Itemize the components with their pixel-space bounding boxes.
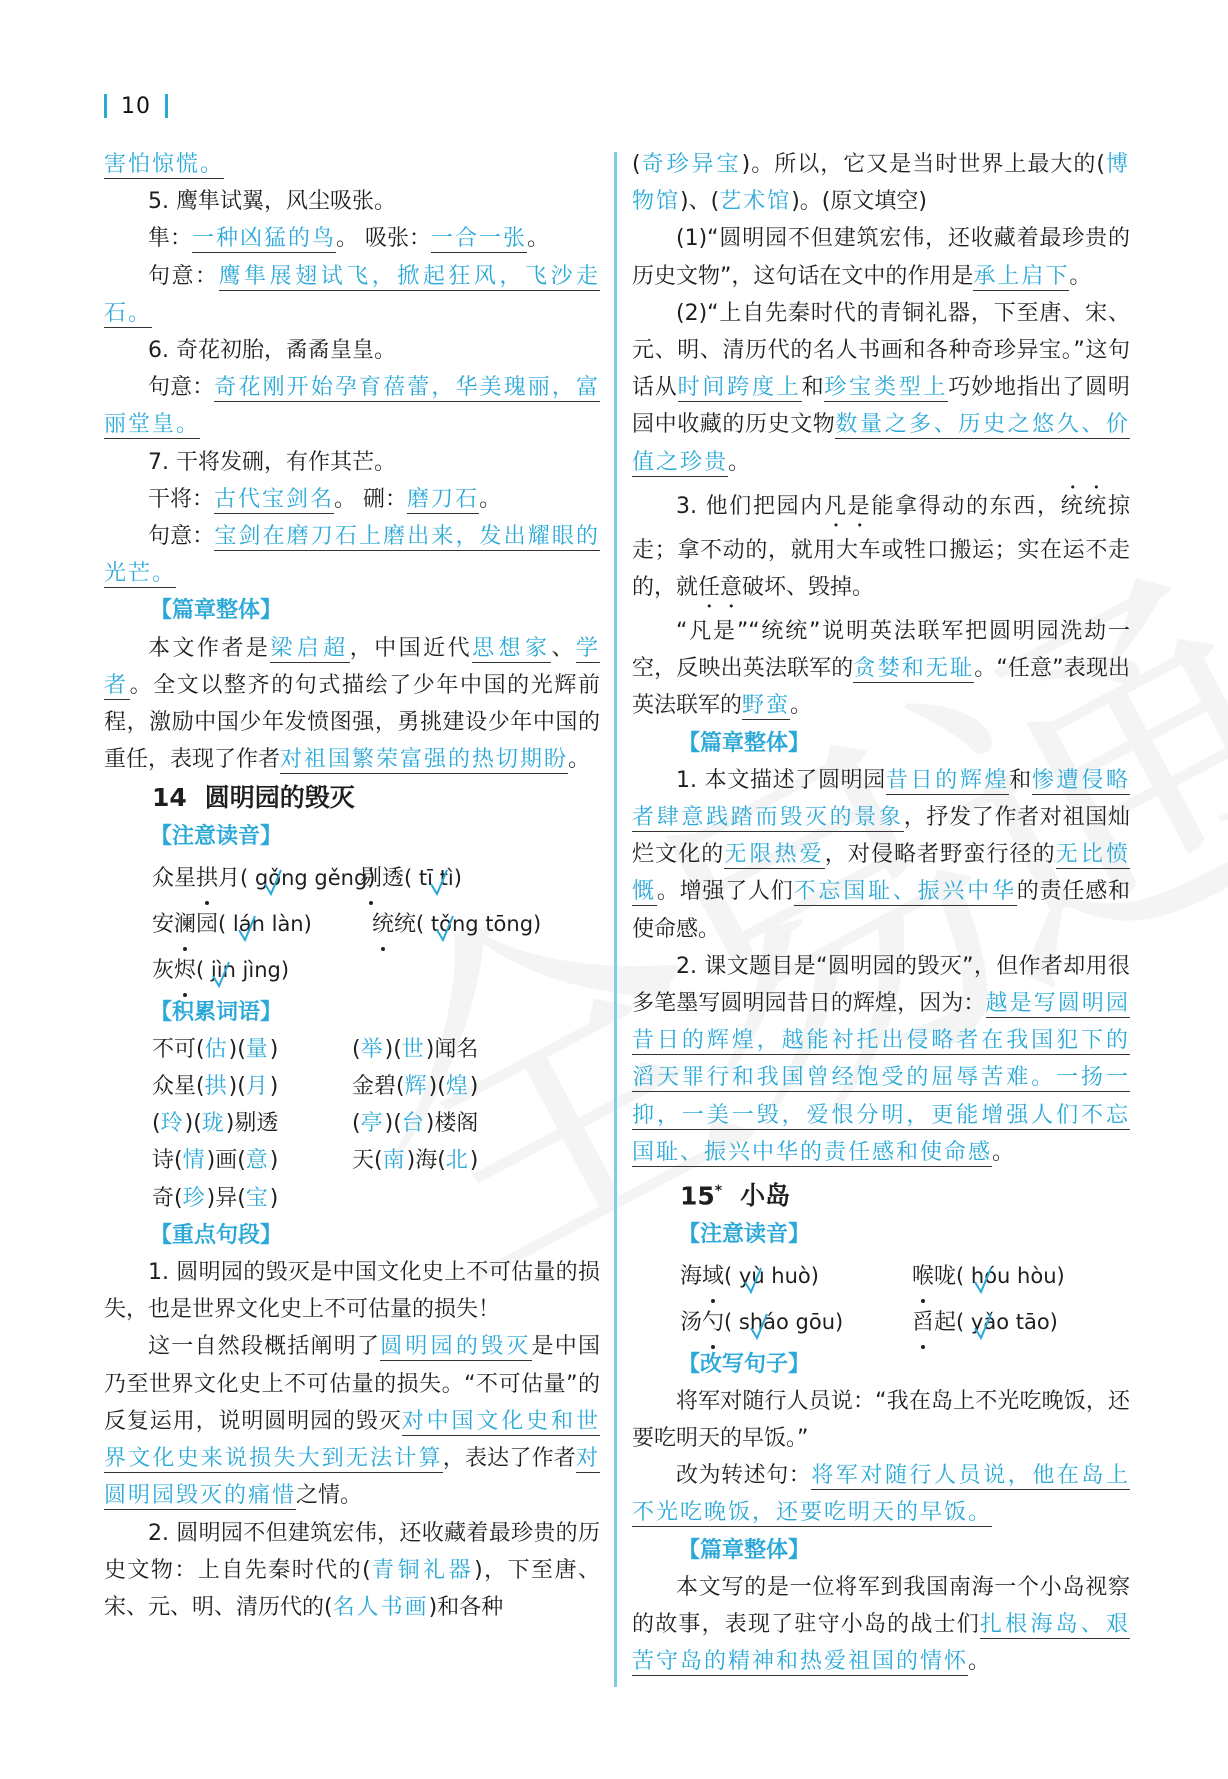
lesson-14-title: 14圆明园的毁灭 [104, 778, 600, 818]
column-divider [614, 152, 617, 1687]
section-heading-key-passages: 【重点句段】 [104, 1217, 600, 1254]
key-passage-2-continued: (奇珍异宝)。所以，它又是当时世界上最大的(博物馆)、(艺术馆)。(原文填空) [632, 146, 1130, 220]
header-bar-right [165, 94, 168, 118]
pronunciation-item: 灰烬( jìn jìng) [152, 952, 289, 989]
section-heading-chapter-overall: 【篇章整体】 [104, 592, 600, 629]
pronunciation-item: 众星拱月( gǒng gěng) [152, 860, 352, 897]
item-5-definitions: 隼：一种凶猛的鸟。 吸张：一合一张。 [104, 220, 600, 257]
key-passage-3-explanation: “凡是”“统统”说明英法联军把圆明园洗劫一空，反映出英法联军的贪婪和无耻。“任意… [632, 613, 1130, 725]
vocab-item: (举)(世)闻名 [352, 1031, 552, 1068]
pronunciation-row: 安澜园( lán làn) 统统( tǒng tōng) [104, 902, 600, 948]
overall-point-1: 1. 本文描述了圆明园昔日的辉煌和惨遭侵略者肆意践踏而毁灭的景象，抒发了作者对祖… [632, 762, 1130, 948]
answer-fill: 一合一张 [431, 226, 527, 253]
item-7-sentence: 7. 干将发硎，有作其芒。 [104, 444, 600, 481]
pronunciation-item: 安澜园( lán làn) [152, 906, 372, 943]
check-mark-icon [436, 914, 454, 942]
answer-fill: 害怕惊慌。 [104, 152, 224, 179]
key-passage-3: 3. 他们把园内凡是能拿得动的东西，统统掠走；拿不动的，就用大车或牲口搬运；实在… [632, 481, 1130, 613]
key-passage-2: 2. 圆明园不但建筑宏伟，还收藏着最珍贵的历史文物：上自先秦时代的(青铜礼器)，… [104, 1515, 600, 1627]
pronunciation-item: 剔透( tī tì) [360, 860, 462, 897]
vocab-item: 天(南)海(北) [352, 1142, 552, 1179]
key-passage-1: 1. 圆明园的毁灭是中国文化史上不可估量的损失，也是世界文化史上不可估量的损失！ [104, 1254, 600, 1328]
check-mark-icon [974, 1312, 992, 1340]
vocab-item: (玲)(珑)剔透 [152, 1105, 352, 1142]
check-mark-icon [974, 1266, 992, 1294]
right-column: (奇珍异宝)。所以，它又是当时世界上最大的(博物馆)、(艺术馆)。(原文填空) … [632, 146, 1130, 1680]
pronunciation-item: 统统( tǒng tōng) [372, 906, 541, 943]
pronunciation-row: 海域( yù huò) 喉咙( hóu hòu) [632, 1254, 1130, 1300]
check-mark-icon [238, 914, 256, 942]
vocab-item: (亭)(台)楼阁 [352, 1105, 552, 1142]
rewrite-original: 将军对随行人员说：“我在岛上不光吃晚饭，还要吃明天的早饭。” [632, 1383, 1130, 1457]
vocab-item: 金碧(辉)(煌) [352, 1068, 552, 1105]
item-7-definitions: 干将：古代宝剑名。 硎：磨刀石。 [104, 481, 600, 518]
page-number: 10 [121, 94, 151, 119]
item-6-sentence: 6. 奇花初胎，矞矞皇皇。 [104, 332, 600, 369]
pronunciation-item: 喉咙( hóu hòu) [912, 1258, 1065, 1295]
header-bar-left [104, 94, 107, 118]
section-heading-chapter-overall: 【篇章整体】 [632, 1532, 1130, 1569]
item-6-meaning: 句意：奇花刚开始孕育蓓蕾，华美瑰丽，富丽堂皇。 [104, 369, 600, 443]
chapter-overall-text: 本文作者是梁启超，中国近代思想家、学者。全文以整齐的句式描绘了少年中国的光辉前程… [104, 630, 600, 779]
section-heading-pronunciation: 【注意读音】 [632, 1216, 1130, 1253]
check-mark-icon [212, 960, 230, 988]
pronunciation-item: 舀起( yǎo tāo) [912, 1304, 1058, 1341]
pronunciation-item: 海域( yù huò) [680, 1258, 912, 1295]
pronunciation-row: 灰烬( jìn jìng) [104, 948, 600, 994]
lesson-15-title: 15*小岛 [632, 1171, 1130, 1216]
item-7-meaning: 句意：宝剑在磨刀石上磨出来，发出耀眼的光芒。 [104, 518, 600, 592]
left-column: 害怕惊慌。 5. 鹰隼试翼，风尘吸张。 隼：一种凶猛的鸟。 吸张：一合一张。 句… [104, 146, 600, 1626]
pronunciation-row: 众星拱月( gǒng gěng) 剔透( tī tì) [104, 856, 600, 902]
answer-fill: 一种凶猛的鸟 [192, 226, 336, 253]
vocab-item: 诗(情)画(意) [152, 1142, 352, 1179]
overall-point-2: 2. 课文题目是“圆明园的毁灭”，但作者却用很多笔墨写圆明园昔日的辉煌，因为：越… [632, 948, 1130, 1171]
question-1: (1)“圆明园不但建筑宏伟，还收藏着最珍贵的历史文物”，这句话在文中的作用是承上… [632, 220, 1130, 294]
vocab-item: 众星(拱)(月) [152, 1068, 352, 1105]
item-5-sentence: 5. 鹰隼试翼，风尘吸张。 [104, 183, 600, 220]
vocab-item: 不可(估)(量) [152, 1031, 352, 1068]
check-mark-icon [430, 868, 448, 896]
section-heading-rewrite: 【改写句子】 [632, 1346, 1130, 1383]
page-header: 10 [104, 90, 168, 122]
answer-fill: 磨刀石 [407, 487, 479, 514]
vocab-item: 奇(珍)异(宝) [152, 1180, 352, 1217]
answer-fill: 古代宝剑名 [214, 487, 334, 514]
section-heading-vocabulary: 【积累词语】 [104, 994, 600, 1031]
check-mark-icon [264, 868, 282, 896]
item-5-meaning: 句意：鹰隼展翅试飞，掀起狂风，飞沙走石。 [104, 258, 600, 332]
key-passage-1-explanation: 这一自然段概括阐明了圆明园的毁灭是中国乃至世界文化史上不可估量的损失。“不可估量… [104, 1328, 600, 1514]
section-heading-pronunciation: 【注意读音】 [104, 818, 600, 855]
question-2: (2)“上自先秦时代的青铜礼器，下至唐、宋、元、明、清历代的名人书画和各种奇珍异… [632, 295, 1130, 481]
section-heading-chapter-overall: 【篇章整体】 [632, 725, 1130, 762]
pronunciation-row: 汤勺( sháo gōu) 舀起( yǎo tāo) [632, 1300, 1130, 1346]
vocabulary-grid: 不可(估)(量) (举)(世)闻名 众星(拱)(月) 金碧(辉)(煌) (玲)(… [104, 1031, 600, 1217]
pronunciation-item: 汤勺( sháo gōu) [680, 1304, 912, 1341]
check-mark-icon [744, 1266, 762, 1294]
rewrite-answer: 改为转述句：将军对随行人员说，他在岛上不光吃晚饭，还要吃明天的早饭。 [632, 1457, 1130, 1531]
check-mark-icon [750, 1312, 768, 1340]
lesson-15-overall: 本文写的是一位将军到我国南海一个小岛视察的故事，表现了驻守小岛的战士们扎根海岛、… [632, 1569, 1130, 1681]
